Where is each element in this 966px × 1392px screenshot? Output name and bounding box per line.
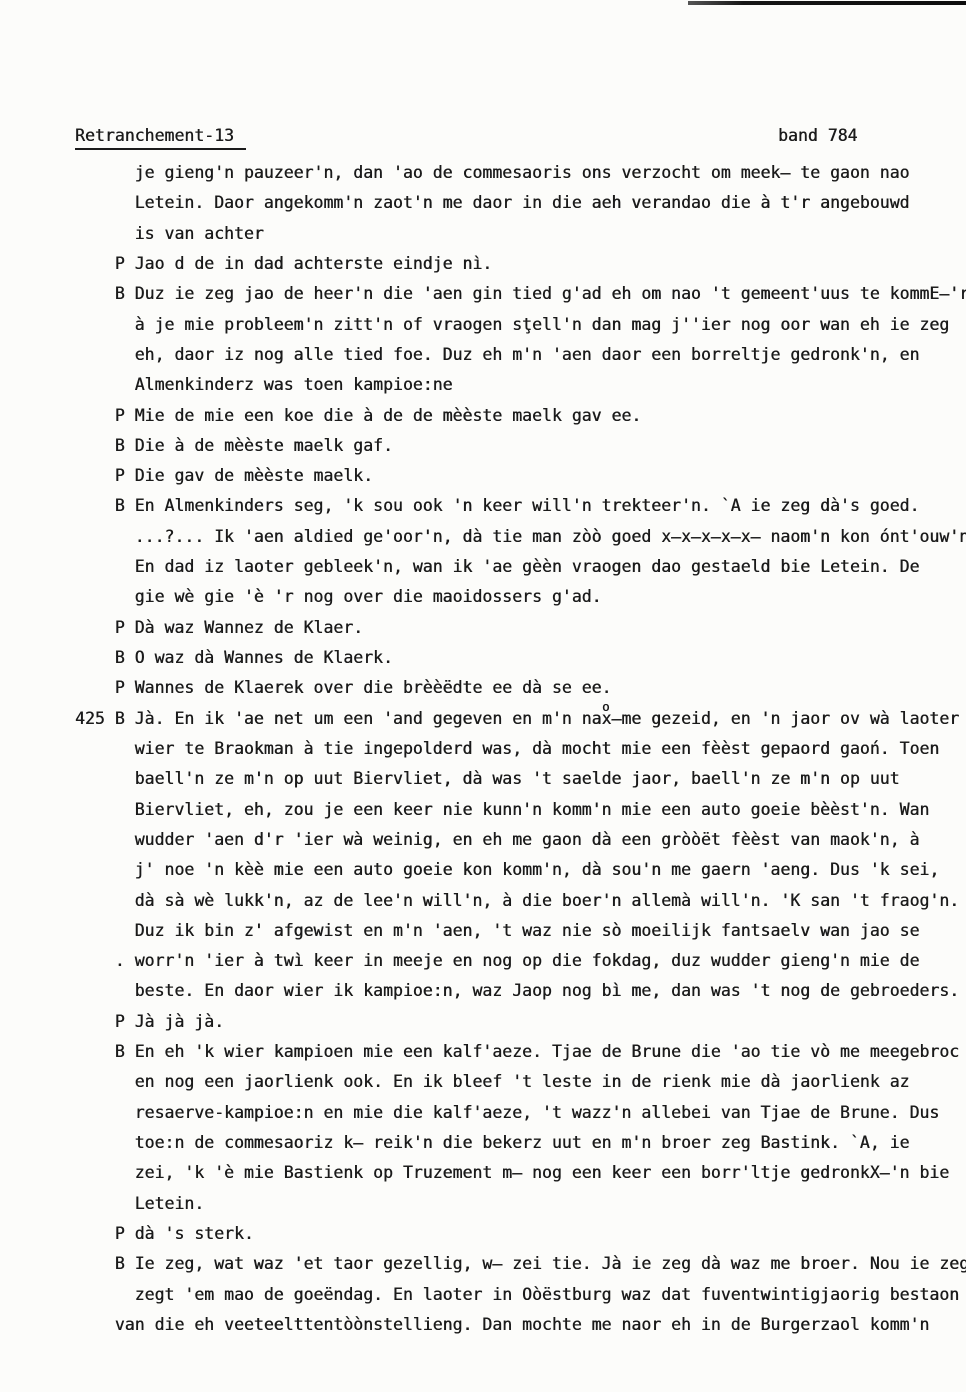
transcript-line: B Duz ie zeg jao de heer'n die 'aen gin … <box>75 284 966 314</box>
transcript-line: van die eh veeteelttentòònstellieng. Dan… <box>75 1315 966 1345</box>
transcript-body: je gieng'n pauzeer'n, dan 'ao de commesa… <box>75 163 966 1345</box>
transcript-line: B En Almenkinders seg, 'k sou ook 'n kee… <box>75 496 966 526</box>
transcript-line: baell'n ze m'n op uut Biervliet, dà was … <box>75 769 966 799</box>
transcript-line: P Mie de mie een koe die à de de mèèste … <box>75 406 966 436</box>
transcript-line: P Jà jà jà. <box>75 1012 966 1042</box>
transcript-line: en nog een jaorlienk ook. En ik bleef 't… <box>75 1072 966 1102</box>
superscript-correction: o <box>602 699 610 714</box>
transcript-line: B O waz dà Wannes de Klaerk. <box>75 648 966 678</box>
transcript-line: B Ie zeg, wat waz 'et taor gezellig, w̶ … <box>75 1254 966 1284</box>
transcript-line: Biervliet, eh, zou je een keer nie kunn'… <box>75 800 966 830</box>
scan-edge-artifact <box>688 1 966 5</box>
transcript-line: je gieng'n pauzeer'n, dan 'ao de commesa… <box>75 163 966 193</box>
transcript-line: Letein. Daor angekomm'n zaot'n me daor i… <box>75 193 966 223</box>
transcript-line: P dà 's sterk. <box>75 1224 966 1254</box>
transcript-line: En dad iz laoter gebleek'n, wan ik 'ae g… <box>75 557 966 587</box>
transcript-line: P Wannes de Klaerek over die brèèëdte ee… <box>75 678 966 708</box>
transcript-line: Letein. <box>75 1194 966 1224</box>
transcript-line: Duz ik bin z' afgewist en m'n 'aen, 't w… <box>75 921 966 951</box>
transcript-line: B En eh 'k wier kampioen mie een kalf'ae… <box>75 1042 966 1072</box>
transcript-line: à je mie probleem'n zitt'n of vraogen sţ… <box>75 315 966 345</box>
transcript-line: j' noe 'n kèè mie een auto goeie kon kom… <box>75 860 966 890</box>
transcript-line: is van achter <box>75 224 966 254</box>
transcript-line: P Dà waz Wannez de Klaer. <box>75 618 966 648</box>
transcript-line: resaerve-kampioe:n en mie die kalf'aeze,… <box>75 1103 966 1133</box>
transcript-line: dà sà wè lukk'n, az de lee'n will'n, à d… <box>75 891 966 921</box>
transcript-line: 425 B Jà. En ik 'ae net um een 'and gege… <box>75 709 966 739</box>
transcript-line: toe:n de commesaoriz k̶ reik'n die beker… <box>75 1133 966 1163</box>
transcript-line: eh, daor iz nog alle tied foe. Duz eh m'… <box>75 345 966 375</box>
transcript-line: wudder 'aen d'r 'ier wà weinig, en eh me… <box>75 830 966 860</box>
transcript-line: ...?... Ik 'aen aldied ge'oor'n, dà tie … <box>75 527 966 557</box>
transcript-line: B Die à de mèèste maelk gaf. <box>75 436 966 466</box>
transcript-line: zei, 'k 'è mie Bastienk op Truzement m̶ … <box>75 1163 966 1193</box>
transcript-line: . worr'n 'ier à twì keer in meeje en nog… <box>75 951 966 981</box>
transcript-line: zegt 'em mao de goeëndag. En laoter in O… <box>75 1285 966 1315</box>
transcript-line: wier te Braokman à tie ingepolderd was, … <box>75 739 966 769</box>
transcript-line: P Die gav de mèèste maelk. <box>75 466 966 496</box>
page-title: Retranchement-13 <box>75 126 246 150</box>
document-page: Retranchement-13 band 784 je gieng'n pau… <box>0 0 966 1392</box>
band-label: band 784 <box>778 126 857 145</box>
transcript-line: gie wè gie 'è 'r nog over die maoidosser… <box>75 587 966 617</box>
transcript-line: Almenkinderz was toen kampioe:ne <box>75 375 966 405</box>
transcript-line: P Jao d de in dad achterste eindje nì. <box>75 254 966 284</box>
transcript-line: beste. En daor wier ik kampioe:n, waz Ja… <box>75 981 966 1011</box>
